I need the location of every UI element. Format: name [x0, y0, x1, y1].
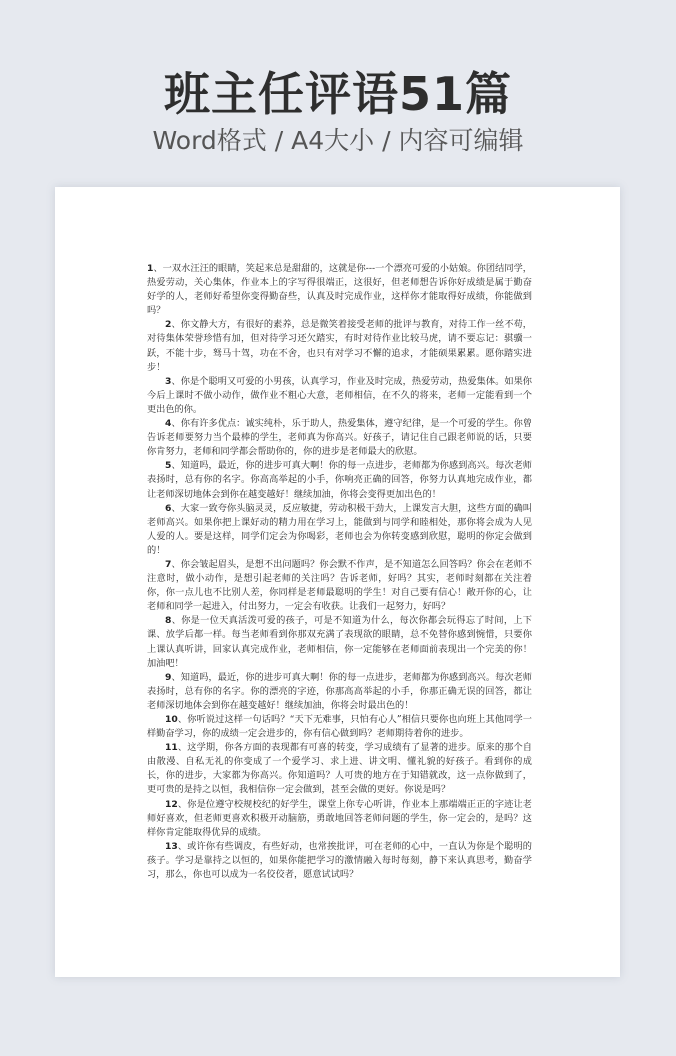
- page-title: 班主任评语51篇: [0, 66, 676, 122]
- paragraph-2: 2、你文静大方，有很好的素养，总是微笑着接受老师的批评与教育，对待工作一丝不苟，…: [147, 318, 532, 374]
- paragraph-text: 、你文静大方，有很好的素养，总是微笑着接受老师的批评与教育，对待工作一丝不苟，对…: [147, 319, 532, 372]
- paragraph-number: 12: [165, 799, 178, 810]
- paragraph-text: 、你听说过这样一句话吗？“天下无难事，只怕有心人”相信只要你也向班上其他同学一样…: [147, 714, 532, 739]
- paragraph-8: 8、你是一位天真活泼可爱的孩子，可是不知道为什么，每次你都会玩得忘了时间，上下课…: [147, 614, 532, 670]
- paragraph-11: 11、这学期，你各方面的表现都有可喜的转变，学习成绩有了显著的进步。原来的那个自…: [147, 741, 532, 797]
- paragraph-number: 10: [165, 714, 178, 725]
- paragraph-text: 、大家一致夸你头脑灵灵，反应敏捷，劳动积极干劲大，上课发言大胆，这些方面的确叫老…: [147, 503, 532, 556]
- paragraph-7: 7、你会皱起眉头，是想不出问题吗？你会默不作声，是不知道怎么回答吗？你会在老师不…: [147, 558, 532, 614]
- page-subtitle: Word格式 / A4大小 / 内容可编辑: [0, 124, 676, 158]
- paragraph-12: 12、你是位遵守校规校纪的好学生，课堂上你专心听讲，作业本上那端端正正的字迹让老…: [147, 798, 532, 840]
- paragraph-text: 、你会皱起眉头，是想不出问题吗？你会默不作声，是不知道怎么回答吗？你会在老师不注…: [147, 559, 532, 612]
- paragraph-10: 10、你听说过这样一句话吗？“天下无难事，只怕有心人”相信只要你也向班上其他同学…: [147, 713, 532, 741]
- paragraph-4: 4、你有许多优点：诚实纯朴，乐于助人，热爱集体，遵守纪律，是一个可爱的学生。你曾…: [147, 417, 532, 459]
- paragraph-text: 、知道吗，最近，你的进步可真大啊！你的每一点进步，老师都为你感到高兴。每次老师表…: [147, 460, 532, 499]
- paragraph-text: 、你是一位天真活泼可爱的孩子，可是不知道为什么，每次你都会玩得忘了时间，上下课、…: [147, 615, 532, 668]
- paragraph-text: 、一双水汪汪的眼睛，笑起来总是甜甜的，这就是你---一个漂亮可爱的小姑娘。你团结…: [147, 263, 532, 316]
- paragraph-5: 5、知道吗，最近，你的进步可真大啊！你的每一点进步，老师都为你感到高兴。每次老师…: [147, 459, 532, 501]
- paragraph-3: 3、你是个聪明又可爱的小男孩，认真学习，作业及时完成，热爱劳动，热爱集体。如果你…: [147, 375, 532, 417]
- paragraph-text: 、你有许多优点：诚实纯朴，乐于助人，热爱集体，遵守纪律，是一个可爱的学生。你曾告…: [147, 418, 532, 457]
- paragraph-6: 6、大家一致夸你头脑灵灵，反应敏捷，劳动积极干劲大，上课发言大胆，这些方面的确叫…: [147, 502, 532, 558]
- paragraph-number: 13: [165, 841, 178, 852]
- header: 班主任评语51篇 Word格式 / A4大小 / 内容可编辑: [0, 66, 676, 158]
- paragraph-text: 、你是位遵守校规校纪的好学生，课堂上你专心听讲，作业本上那端端正正的字迹让老师好…: [147, 799, 532, 838]
- paragraph-text: 、或许你有些调皮，有些好动，也常挨批评，可在老师的心中，一直认为你是个聪明的孩子…: [147, 841, 532, 880]
- paragraph-1: 1、一双水汪汪的眼睛，笑起来总是甜甜的，这就是你---一个漂亮可爱的小姑娘。你团…: [147, 262, 532, 318]
- paragraph-number: 11: [165, 742, 178, 753]
- paragraph-9: 9、知道吗，最近，你的进步可真大啊！你的每一点进步，老师都为你感到高兴。每次老师…: [147, 671, 532, 713]
- paragraph-text: 、你是个聪明又可爱的小男孩，认真学习，作业及时完成，热爱劳动，热爱集体。如果你今…: [147, 376, 532, 415]
- document-page: 1、一双水汪汪的眼睛，笑起来总是甜甜的，这就是你---一个漂亮可爱的小姑娘。你团…: [55, 187, 620, 977]
- paragraph-text: 、这学期，你各方面的表现都有可喜的转变，学习成绩有了显著的进步。原来的那个自由散…: [147, 742, 532, 795]
- paragraph-text: 、知道吗，最近，你的进步可真大啊！你的每一点进步，老师都为你感到高兴。每次老师表…: [147, 672, 532, 711]
- paragraph-13: 13、或许你有些调皮，有些好动，也常挨批评，可在老师的心中，一直认为你是个聪明的…: [147, 840, 532, 882]
- document-content: 1、一双水汪汪的眼睛，笑起来总是甜甜的，这就是你---一个漂亮可爱的小姑娘。你团…: [147, 262, 532, 882]
